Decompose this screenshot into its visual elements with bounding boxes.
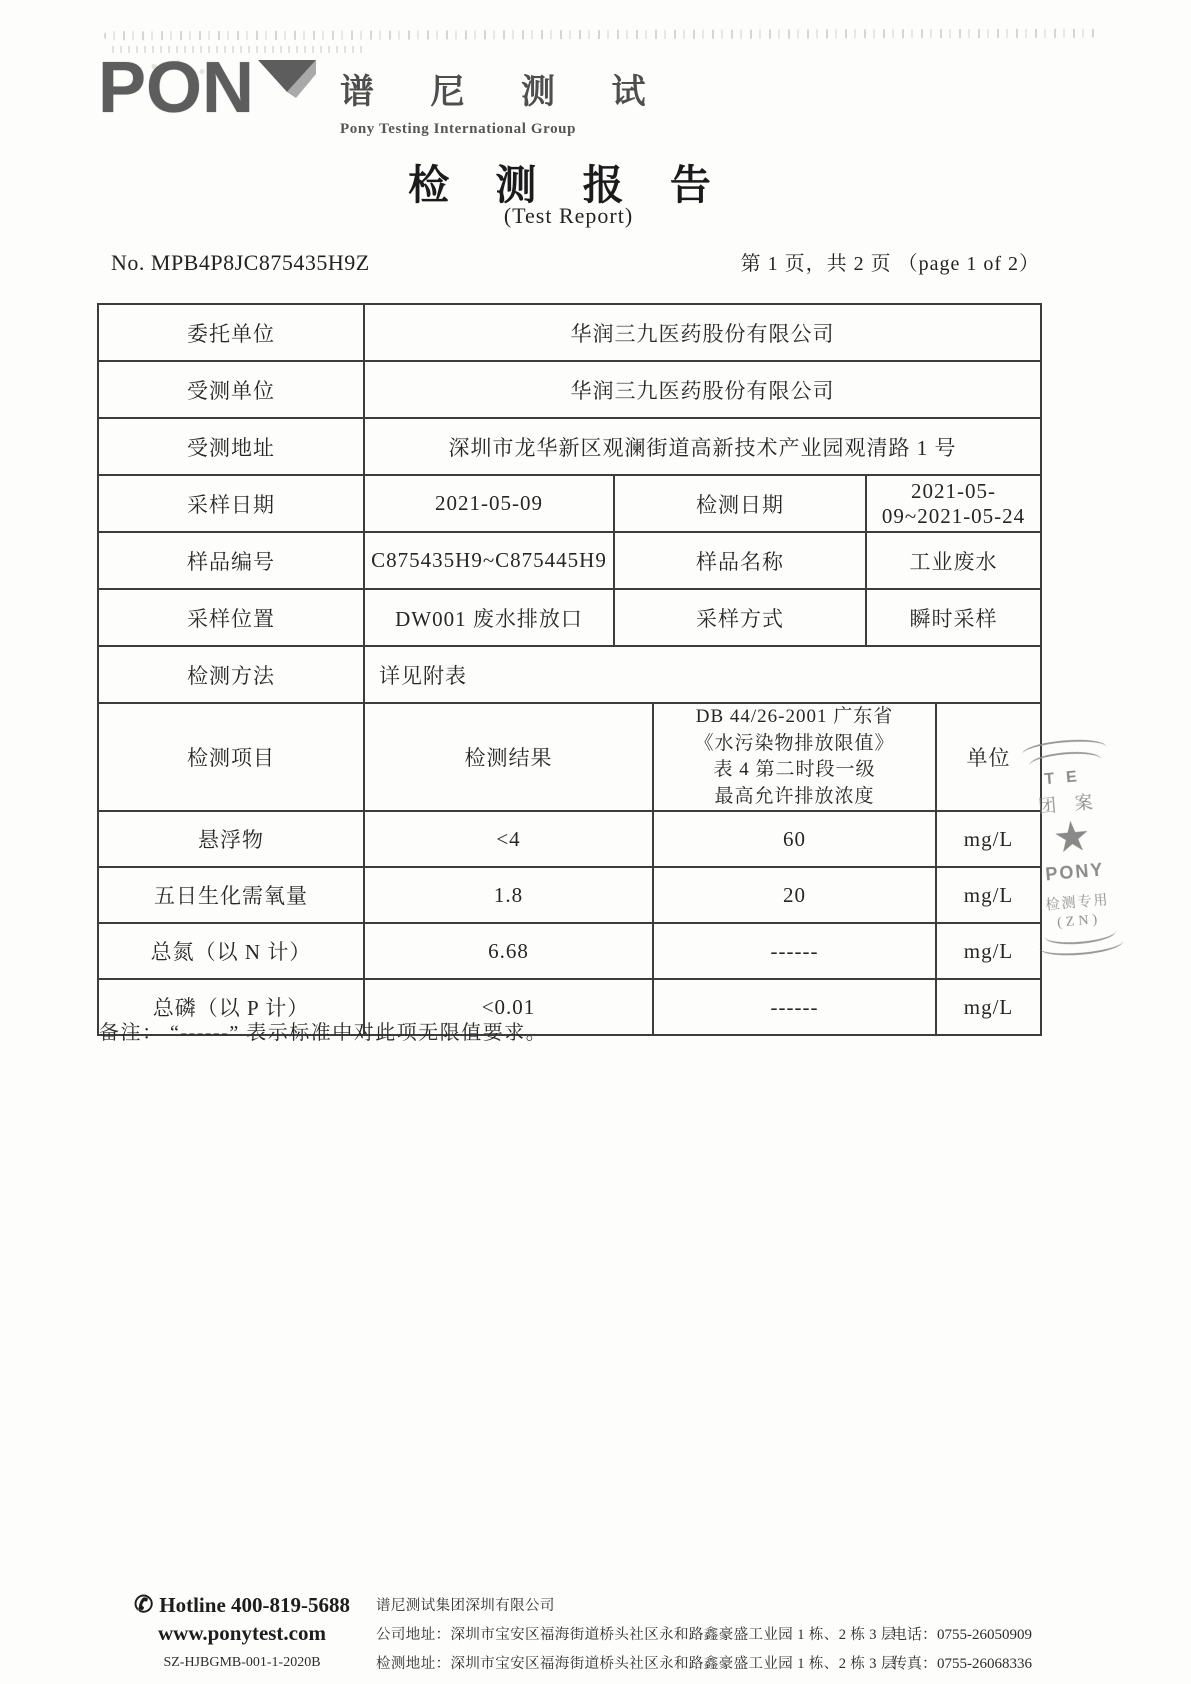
result-limit-cell: 60 [653,811,936,867]
table-row: 五日生化需氧量 1.8 20 mg/L [98,867,1041,923]
table-row: 总氮（以 N 计） 6.68 ------ mg/L [98,923,1041,979]
info-label-cell: 检测日期 [614,475,866,532]
star-icon: ★ [1022,812,1121,864]
standard-line: 《水污染物排放限值》 [658,731,931,758]
result-value-cell: 6.68 [364,923,653,979]
report-tables: 委托单位 华润三九医药股份有限公司 受测单位 华润三九医药股份有限公司 受测地址… [97,303,1040,1036]
standard-line: DB 44/26-2001 广东省 [658,704,931,731]
result-value-cell: 1.8 [364,867,653,923]
document-code: SZ-HJBGMB-001-1-2020B [108,1655,376,1671]
table-row: 样品编号 C875435H9~C875445H9 样品名称 工业废水 [98,532,1041,589]
result-limit-cell: 20 [653,867,936,923]
column-header-standard: DB 44/26-2001 广东省 《水污染物排放限值》 表 4 第二时段一级 … [653,703,936,811]
info-label-cell: 委托单位 [98,304,364,361]
standard-line: 最高允许排放浓度 [658,784,931,811]
column-header-item: 检测项目 [98,703,364,811]
sample-info-table: 委托单位 华润三九医药股份有限公司 受测单位 华润三九医药股份有限公司 受测地址… [97,303,1042,704]
table-row: 受测地址 深圳市龙华新区观澜街道高新技术产业园观清路 1 号 [98,418,1041,475]
info-value-cell: 详见附表 [364,646,1041,703]
table-row: 采样位置 DW001 废水排放口 采样方式 瞬时采样 [98,589,1041,646]
standard-line: 表 4 第二时段一级 [658,757,931,784]
info-value-cell: 深圳市龙华新区观澜街道高新技术产业园观清路 1 号 [364,418,1041,475]
report-number: No. MPB4P8JC875435H9Z [111,250,370,276]
results-table: 检测项目 检测结果 DB 44/26-2001 广东省 《水污染物排放限值》 表… [97,702,1042,1036]
info-value-cell: 华润三九医药股份有限公司 [364,361,1041,418]
info-value-cell: 华润三九医药股份有限公司 [364,304,1041,361]
table-row: 检测方法 详见附表 [98,646,1041,703]
report-meta-row: No. MPB4P8JC875435H9Z 第 1 页，共 2 页 （page … [97,247,1040,276]
fax: 传真：0755-26068336 [892,1652,1122,1673]
website: www.ponytest.com [108,1621,376,1646]
result-unit-cell: mg/L [936,867,1041,923]
pony-logo-y-triangle-icon [256,58,318,127]
results-header-row: 检测项目 检测结果 DB 44/26-2001 广东省 《水污染物排放限值》 表… [98,703,1041,811]
report-title-en: (Test Report) [97,203,1040,229]
result-limit-cell: ------ [653,979,936,1035]
info-label-cell: 样品名称 [614,532,866,589]
table-row: 采样日期 2021-05-09 检测日期 2021-05-09~2021-05-… [98,475,1041,532]
page-indicator: 第 1 页，共 2 页 （page 1 of 2） [741,247,1040,276]
scanned-test-report-page: PON 谱 尼 测 试 Pony Testing International G… [0,0,1191,1684]
phone-icon: ✆ [134,1592,153,1617]
info-value-cell: 2021-05-09 [364,475,614,532]
lab-address: 检测地址：深圳市宝安区福海街道桥头社区永和路鑫豪盛工业园 1 栋、2 栋 3 层 [376,1652,892,1673]
table-row: 受测单位 华润三九医药股份有限公司 [98,361,1041,418]
company-name: 谱尼测试集团深圳有限公司 [376,1594,892,1615]
logo-english-name: Pony Testing International Group [340,121,670,138]
logo-chinese-name: 谱 尼 测 试 [340,64,670,113]
company-seal-stamp: TE 团 案 ★ PONY 检测专用 (ZN) [1016,736,1133,987]
footnote: 备注： “------” 表示标准中对此项无限值要求。 [99,1016,547,1045]
info-label-cell: 采样位置 [98,589,364,646]
info-value-cell: DW001 废水排放口 [364,589,614,646]
company-address: 公司地址：深圳市宝安区福海街道桥头社区永和路鑫豪盛工业园 1 栋、2 栋 3 层 [376,1623,892,1644]
info-value-cell: C875435H9~C875445H9 [364,532,614,589]
result-item-cell: 五日生化需氧量 [98,867,364,923]
logo-chinese-block: 谱 尼 测 试 Pony Testing International Group [340,64,670,138]
info-label-cell: 采样方式 [614,589,866,646]
pony-logo: PON [98,56,318,127]
info-value-cell: 工业废水 [866,532,1041,589]
result-limit-cell: ------ [653,923,936,979]
info-label-cell: 采样日期 [98,475,364,532]
stamp-arc [1039,941,1124,958]
page-footer: ✆Hotline 400-819-5688 www.ponytest.com S… [108,1590,1122,1677]
info-value-cell: 2021-05-09~2021-05-24 [866,475,1041,532]
info-label-cell: 样品编号 [98,532,364,589]
info-label-cell: 受测地址 [98,418,364,475]
column-header-result: 检测结果 [364,703,653,811]
telephone: 电话：0755-26050909 [892,1623,1122,1644]
result-value-cell: <4 [364,811,653,867]
result-item-cell: 悬浮物 [98,811,364,867]
result-unit-cell: mg/L [936,979,1041,1035]
info-label-cell: 检测方法 [98,646,364,703]
info-label-cell: 受测单位 [98,361,364,418]
scan-noise-band [104,29,1096,41]
hotline-text: Hotline 400-819-5688 [159,1593,350,1617]
table-row: 委托单位 华润三九医药股份有限公司 [98,304,1041,361]
pony-logo-letters: PON [98,56,254,121]
info-value-cell: 瞬时采样 [866,589,1041,646]
table-row: 悬浮物 <4 60 mg/L [98,811,1041,867]
result-item-cell: 总氮（以 N 计） [98,923,364,979]
hotline: ✆Hotline 400-819-5688 [108,1592,376,1618]
result-unit-cell: mg/L [936,923,1041,979]
